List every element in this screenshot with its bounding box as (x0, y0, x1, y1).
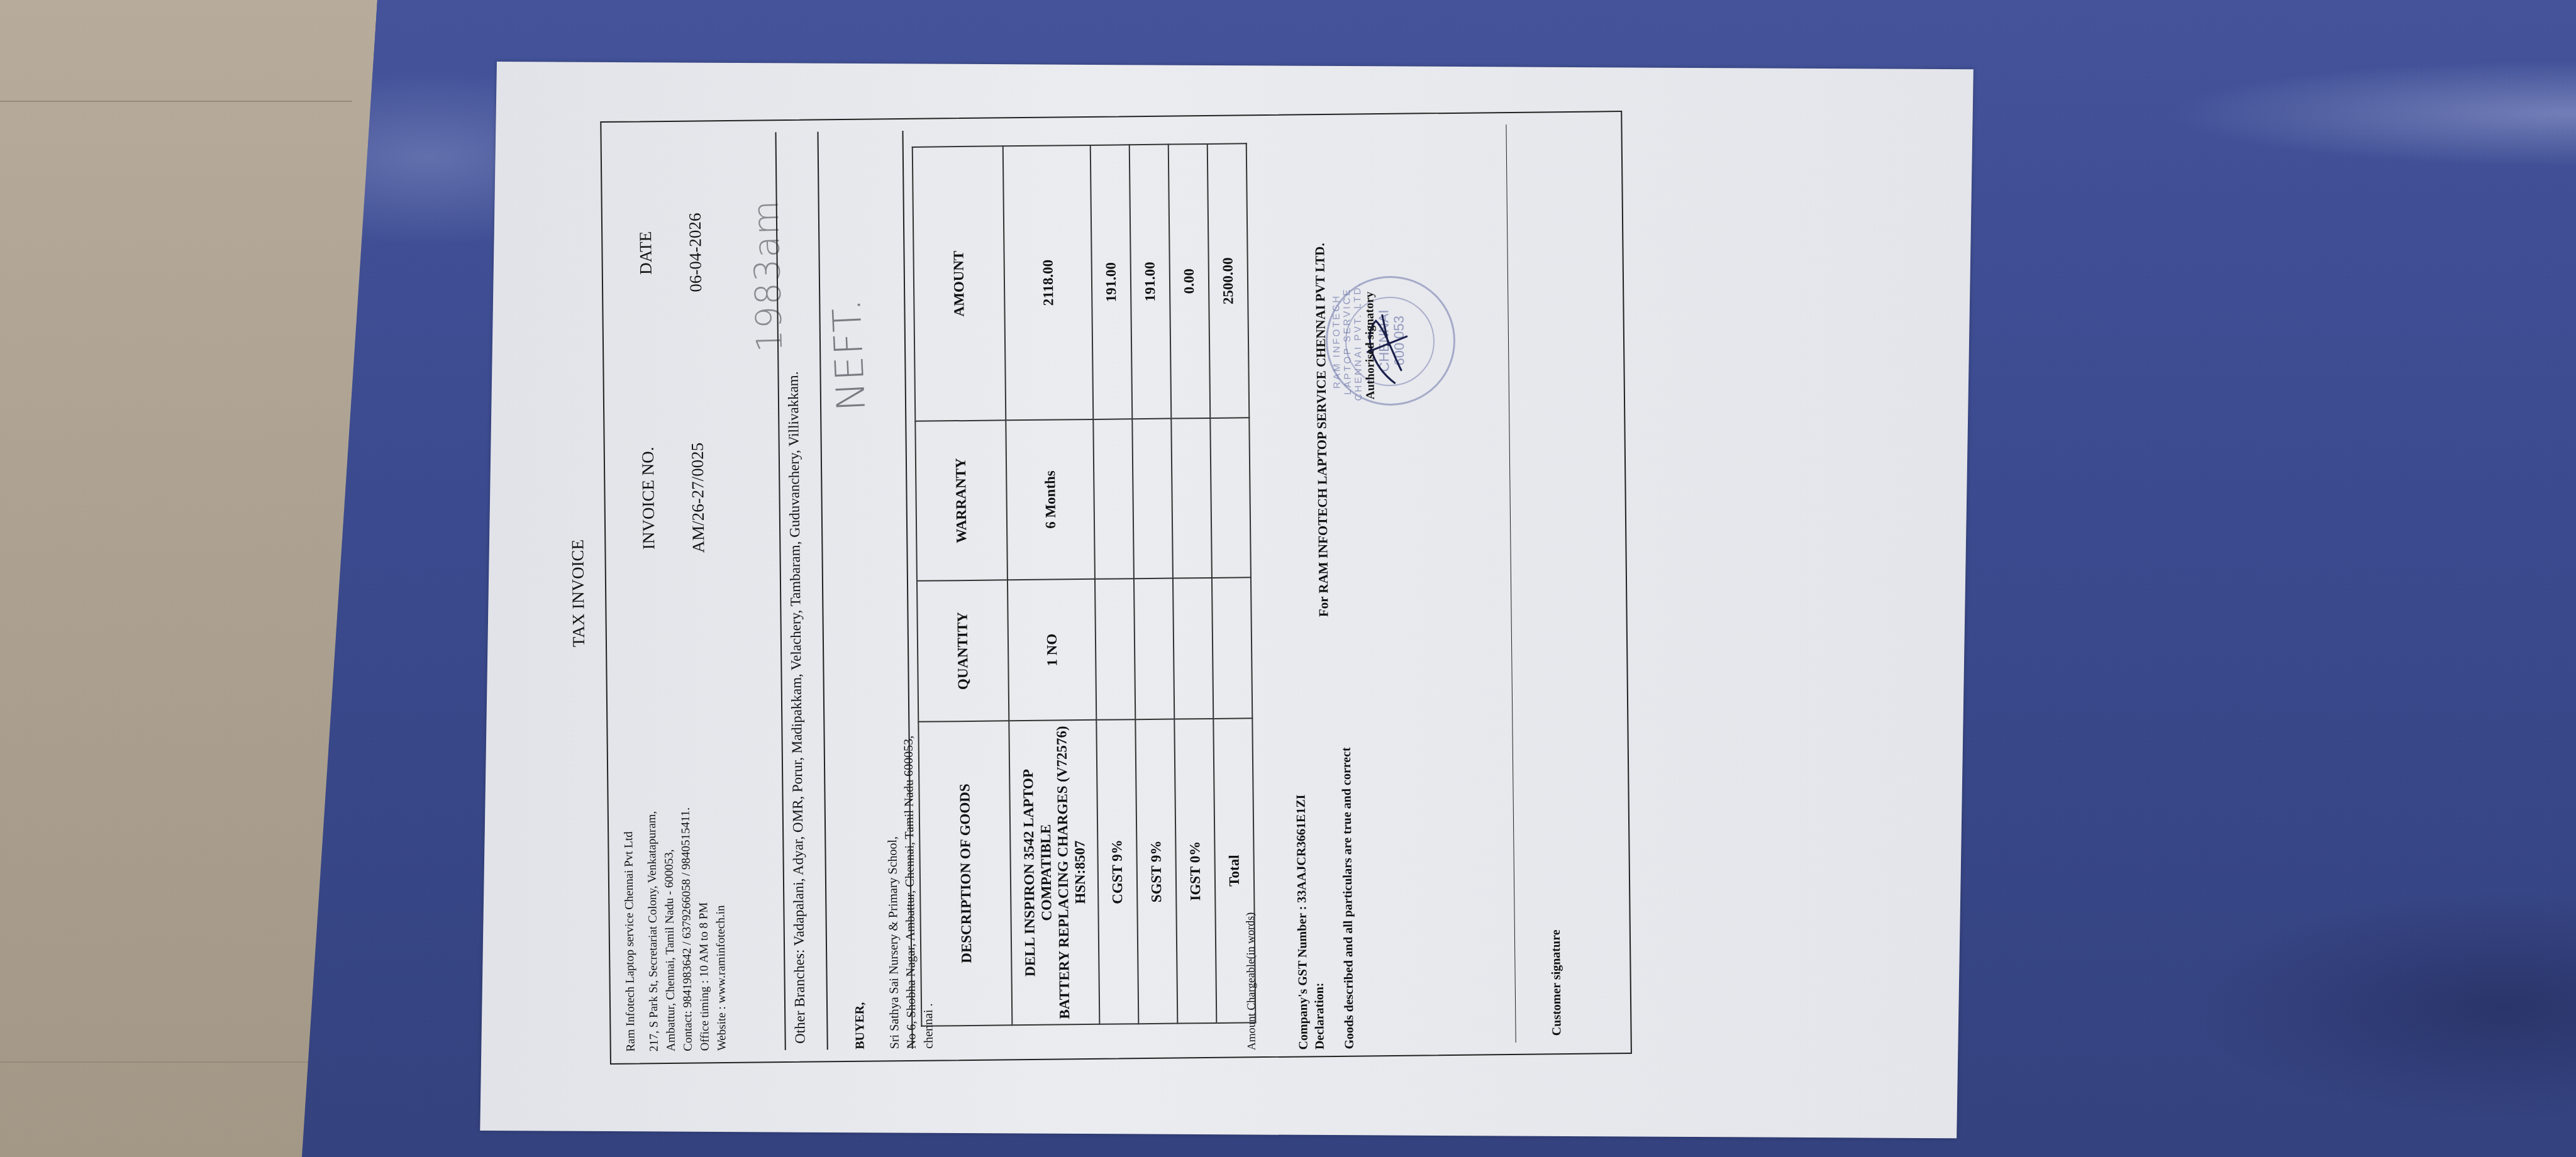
empty-cell (1093, 419, 1134, 579)
authorised-signatory-label: Authorised signatory (1363, 292, 1378, 400)
empty-cell (1171, 418, 1212, 578)
empty-cell (1134, 578, 1174, 720)
empty-cell (1212, 577, 1252, 719)
invoice-number-block: INVOICE NO. AM/26-27/0025 (638, 403, 709, 592)
invoice-number-label: INVOICE NO. (638, 404, 659, 592)
item-description: DELL INSPIRON 3542 LAPTOP COMPATIBLE BAT… (1009, 720, 1099, 1025)
column-header-warranty: WARRANTY (915, 420, 1008, 580)
tax-amount: 191.00 (1130, 145, 1172, 419)
empty-cell (1095, 578, 1135, 720)
declaration-label: Declaration: (1309, 794, 1328, 1049)
invoice-date-label: DATE (635, 158, 657, 347)
amount-in-words-label: Amount Chargeable(in words) (1244, 912, 1258, 1051)
table-header-row: DESCRIPTION OF GOODS QUANTITY WARRANTY A… (913, 146, 1013, 1026)
item-description-line: BATTERY REPLACING CHARGES (V72576) (1053, 721, 1073, 1023)
customer-signature-label: Customer signature (1549, 929, 1565, 1036)
item-description-line: DELL INSPIRON 3542 LAPTOP COMPATIBLE (1019, 722, 1056, 1024)
item-warranty: 6 Months (1006, 419, 1095, 580)
handwritten-payment-note: NEFT. (823, 297, 874, 412)
invoice-date-block: DATE 06-04-2026 (635, 158, 706, 347)
company-address-line: Ambattur, Chennai, Tamil Nadu - 600053, (660, 807, 680, 1051)
tax-label: CGST 9% (1096, 719, 1138, 1024)
tax-invoice: TAX INVOICE Ram Infotech Laptop service … (600, 111, 1632, 1065)
tax-label: SGST 9% (1135, 719, 1177, 1024)
buyer-label: BUYER, (849, 736, 869, 1049)
total-amount: 2500.00 (1207, 143, 1250, 418)
empty-cell (1210, 418, 1251, 578)
company-address-line: 217, S Park St, Secretariat Colony, Venk… (643, 807, 663, 1051)
company-name: Ram Infotech Laptop service Chennai Pvt … (620, 808, 640, 1052)
handwritten-time-note: 1983am (745, 199, 791, 353)
item-amount: 2118.00 (1003, 145, 1094, 420)
company-website: Website : www.raminfotech.in (711, 807, 731, 1051)
desk-seam (0, 1061, 352, 1063)
gst-number: Company's GST Number : 33AAJCR3661E1ZI (1293, 794, 1312, 1049)
company-contact: Contact: 9841983642 / 6379266058 / 98405… (677, 807, 697, 1051)
empty-cell (1173, 578, 1213, 719)
invoice-number: AM/26-27/0025 (687, 403, 709, 592)
tax-amount: 0.00 (1169, 144, 1211, 419)
column-header-description: DESCRIPTION OF GOODS (918, 721, 1012, 1026)
desk-seam (0, 101, 352, 102)
column-header-quantity: QUANTITY (917, 580, 1009, 721)
tax-label: IGST 0% (1174, 719, 1216, 1024)
company-office-timing: Office timing : 10 AM to 8 PM (694, 807, 714, 1051)
company-block: Ram Infotech Laptop service Chennai Pvt … (620, 807, 731, 1052)
empty-cell (1132, 419, 1173, 579)
column-header-amount: AMOUNT (913, 146, 1006, 421)
item-hsn: HSN:8507 (1070, 721, 1090, 1023)
table-row: DELL INSPIRON 3542 LAPTOP COMPATIBLE BAT… (1003, 145, 1100, 1025)
item-quantity: 1 NO (1008, 579, 1096, 721)
table-row-total: Total 2500.00 (1207, 143, 1256, 1023)
goods-table: DESCRIPTION OF GOODS QUANTITY WARRANTY A… (912, 143, 1257, 1027)
gst-block: Company's GST Number : 33AAJCR3661E1ZI D… (1293, 794, 1328, 1050)
invoice-date: 06-04-2026 (685, 158, 706, 346)
tax-amount: 191.00 (1091, 145, 1133, 419)
